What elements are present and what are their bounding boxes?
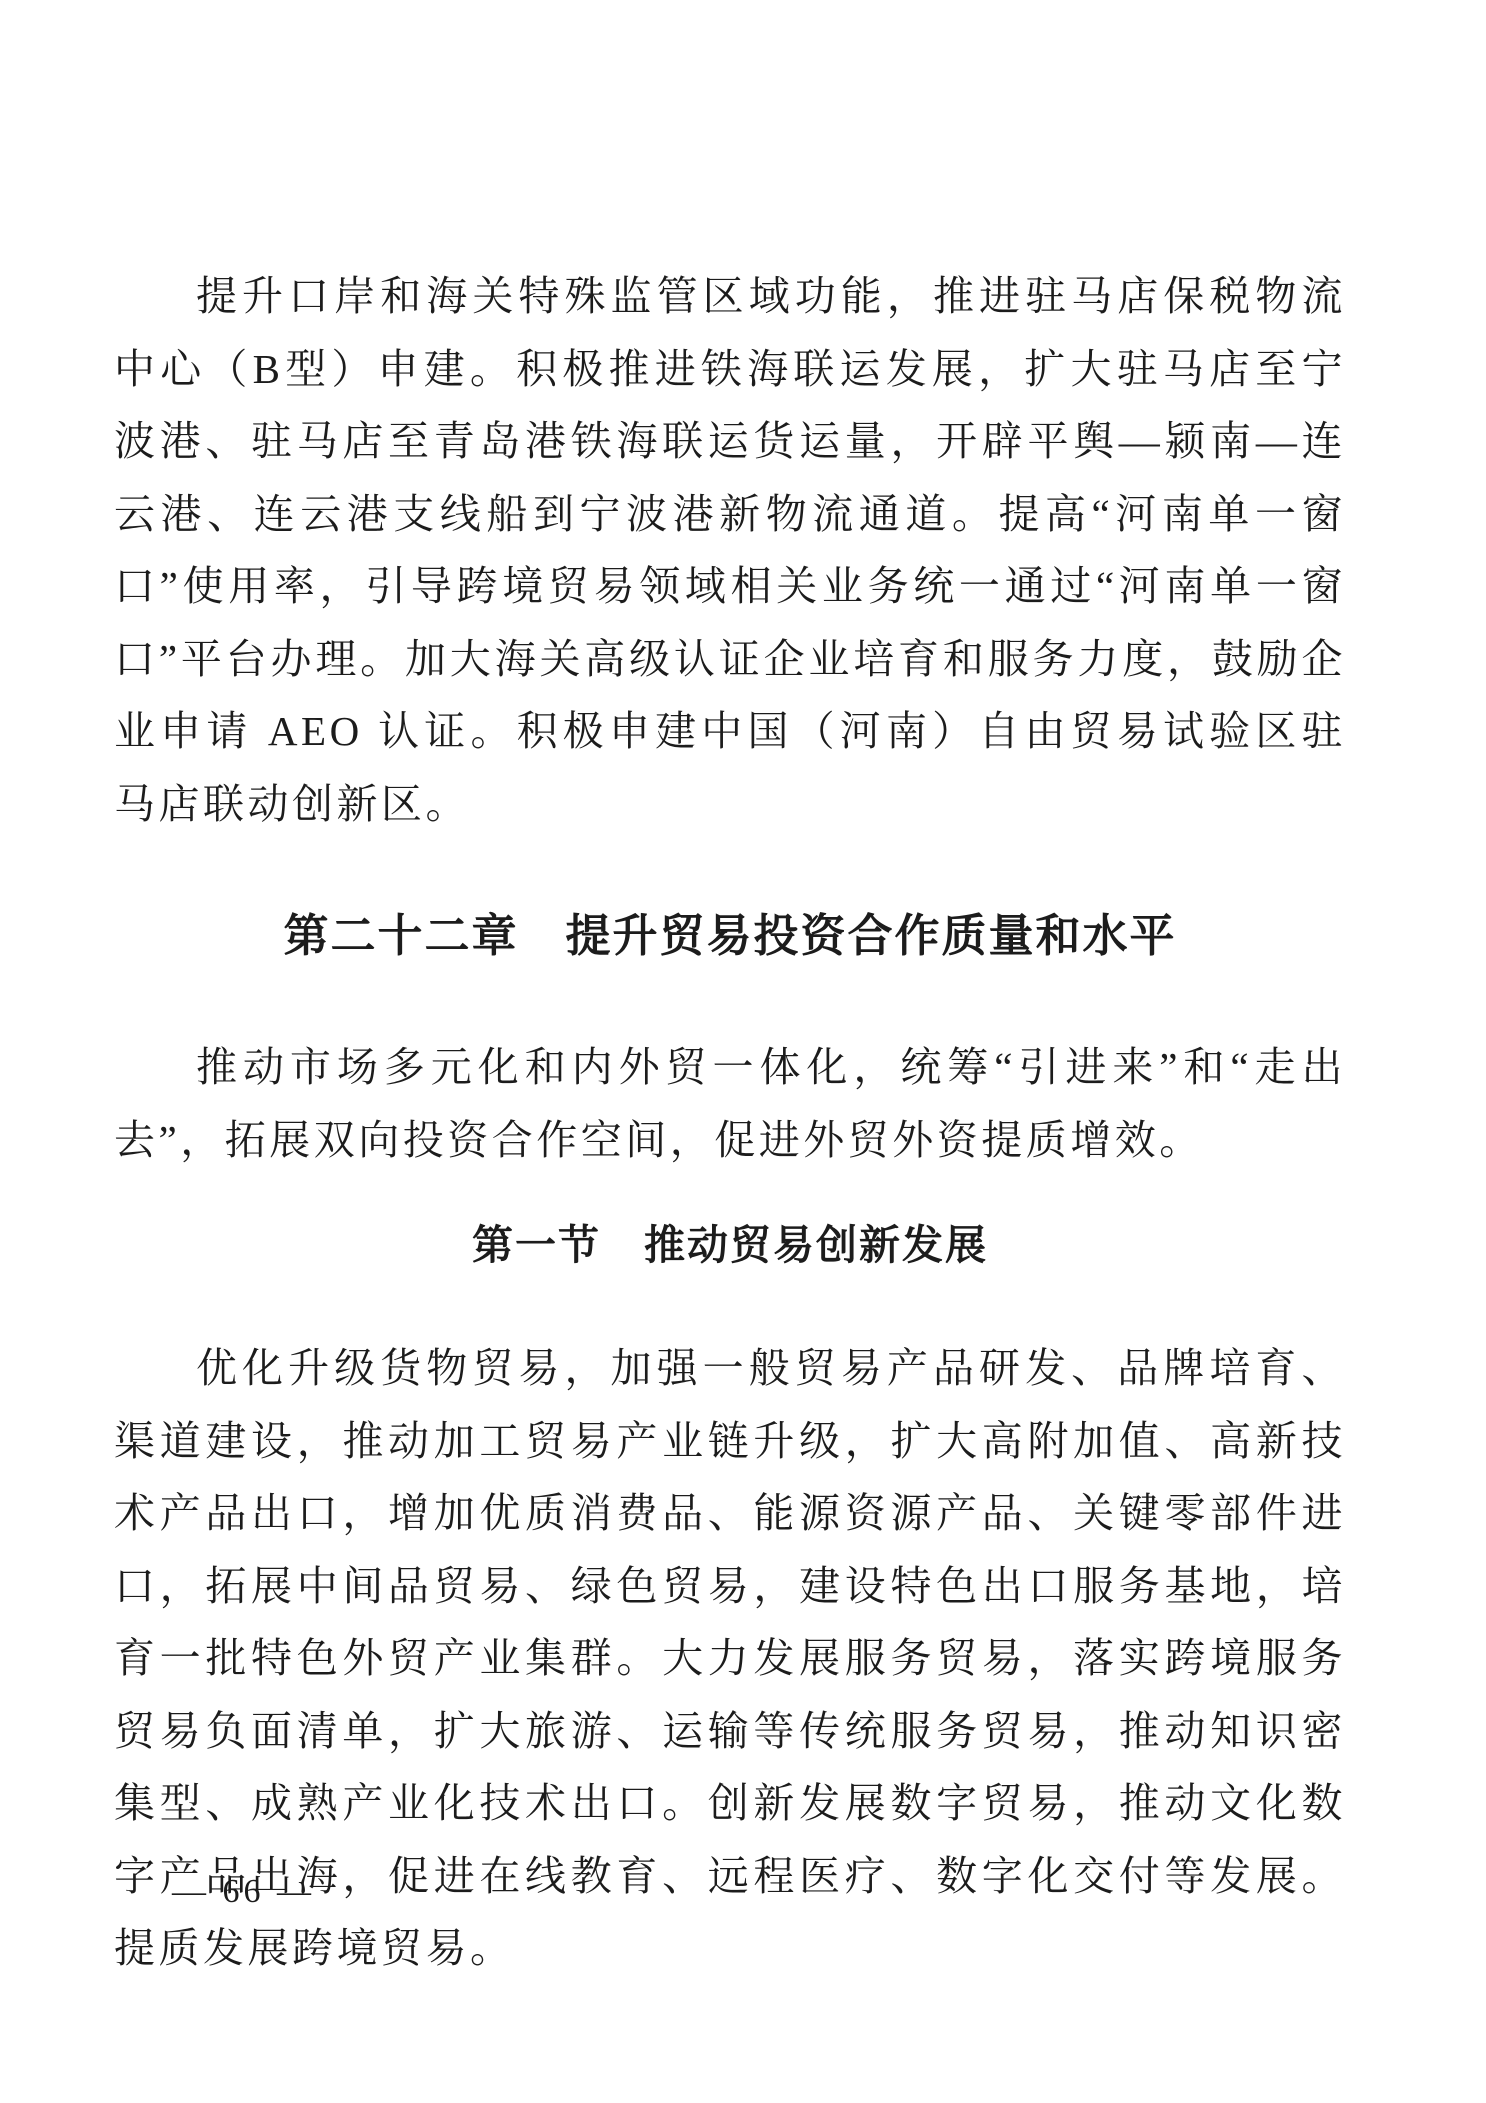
page-number: — 66 — [172, 1872, 315, 1912]
paragraph-customs-logistics: 提升口岸和海关特殊监管区域功能，推进驻马店保税物流中心（B型）申建。积极推进铁海… [114, 260, 1346, 840]
document-page: 提升口岸和海关特殊监管区域功能，推进驻马店保税物流中心（B型）申建。积极推进铁海… [0, 0, 1486, 2103]
section-heading: 第一节 推动贸易创新发展 [114, 1209, 1346, 1282]
paragraph-chapter-intro: 推动市场多元化和内外贸一体化，统筹“引进来”和“走出去”，拓展双向投资合作空间，… [114, 1031, 1346, 1176]
chapter-heading: 第二十二章 提升贸易投资合作质量和水平 [114, 900, 1346, 973]
